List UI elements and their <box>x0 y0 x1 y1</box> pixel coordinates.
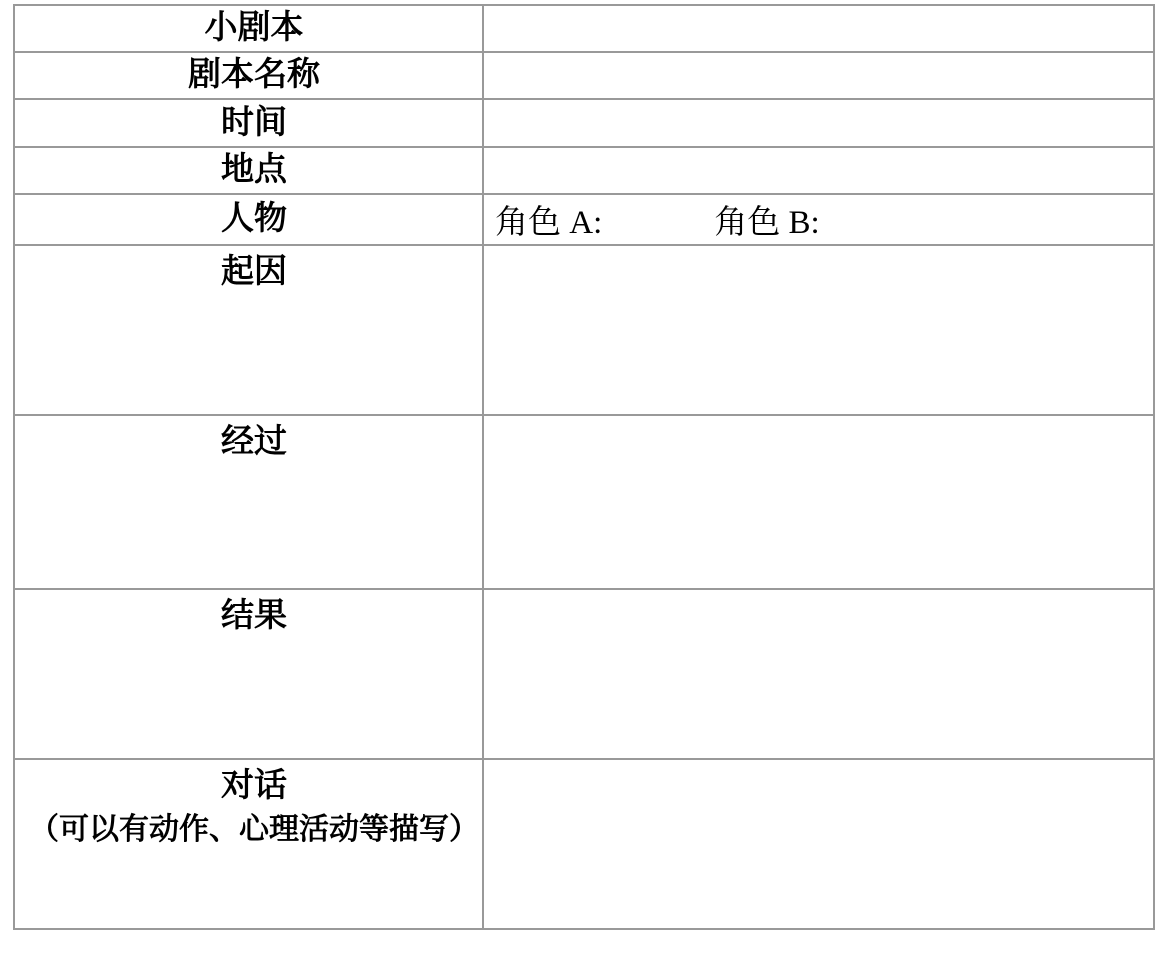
row-dialogue: 对话 （可以有动作、心理活动等描写） <box>14 759 1154 929</box>
role-b-label: 角色 B: <box>714 205 819 241</box>
location-label: 地点 <box>221 152 287 188</box>
dialogue-value-cell[interactable] <box>483 759 1154 929</box>
characters-label: 人物 <box>221 201 287 237</box>
result-value-cell[interactable] <box>483 589 1154 759</box>
row-mini-script: 小剧本 <box>14 5 1154 52</box>
document-page: 小剧本 剧本名称 时间 地点 <box>0 0 1172 958</box>
process-label-cell: 经过 <box>14 415 483 589</box>
location-value-cell[interactable] <box>483 147 1154 194</box>
result-label: 结果 <box>221 598 287 634</box>
script-name-value-cell[interactable] <box>483 52 1154 99</box>
role-a-label: 角色 A: <box>495 205 602 241</box>
row-process: 经过 <box>14 415 1154 589</box>
process-value-cell[interactable] <box>483 415 1154 589</box>
mini-script-value-cell[interactable] <box>483 5 1154 52</box>
script-template-table: 小剧本 剧本名称 时间 地点 <box>13 4 1155 930</box>
process-label: 经过 <box>221 424 287 460</box>
dialogue-note: （可以有动作、心理活动等描写） <box>27 808 481 851</box>
row-cause: 起因 <box>14 245 1154 415</box>
cause-value-cell[interactable] <box>483 245 1154 415</box>
characters-value-cell[interactable]: 角色 A:角色 B: <box>483 194 1154 245</box>
time-label-cell: 时间 <box>14 99 483 147</box>
row-characters: 人物 角色 A:角色 B: <box>14 194 1154 245</box>
row-location: 地点 <box>14 147 1154 194</box>
mini-script-label: 小剧本 <box>205 10 304 46</box>
dialogue-label-cell: 对话 （可以有动作、心理活动等描写） <box>14 759 483 929</box>
cause-label-cell: 起因 <box>14 245 483 415</box>
row-result: 结果 <box>14 589 1154 759</box>
row-time: 时间 <box>14 99 1154 147</box>
mini-script-label-cell: 小剧本 <box>14 5 483 52</box>
result-label-cell: 结果 <box>14 589 483 759</box>
characters-label-cell: 人物 <box>14 194 483 245</box>
dialogue-label: 对话 <box>27 765 481 808</box>
time-label: 时间 <box>221 105 287 141</box>
cause-label: 起因 <box>221 254 287 290</box>
row-script-name: 剧本名称 <box>14 52 1154 99</box>
script-name-label-cell: 剧本名称 <box>14 52 483 99</box>
time-value-cell[interactable] <box>483 99 1154 147</box>
location-label-cell: 地点 <box>14 147 483 194</box>
script-name-label: 剧本名称 <box>188 57 320 93</box>
